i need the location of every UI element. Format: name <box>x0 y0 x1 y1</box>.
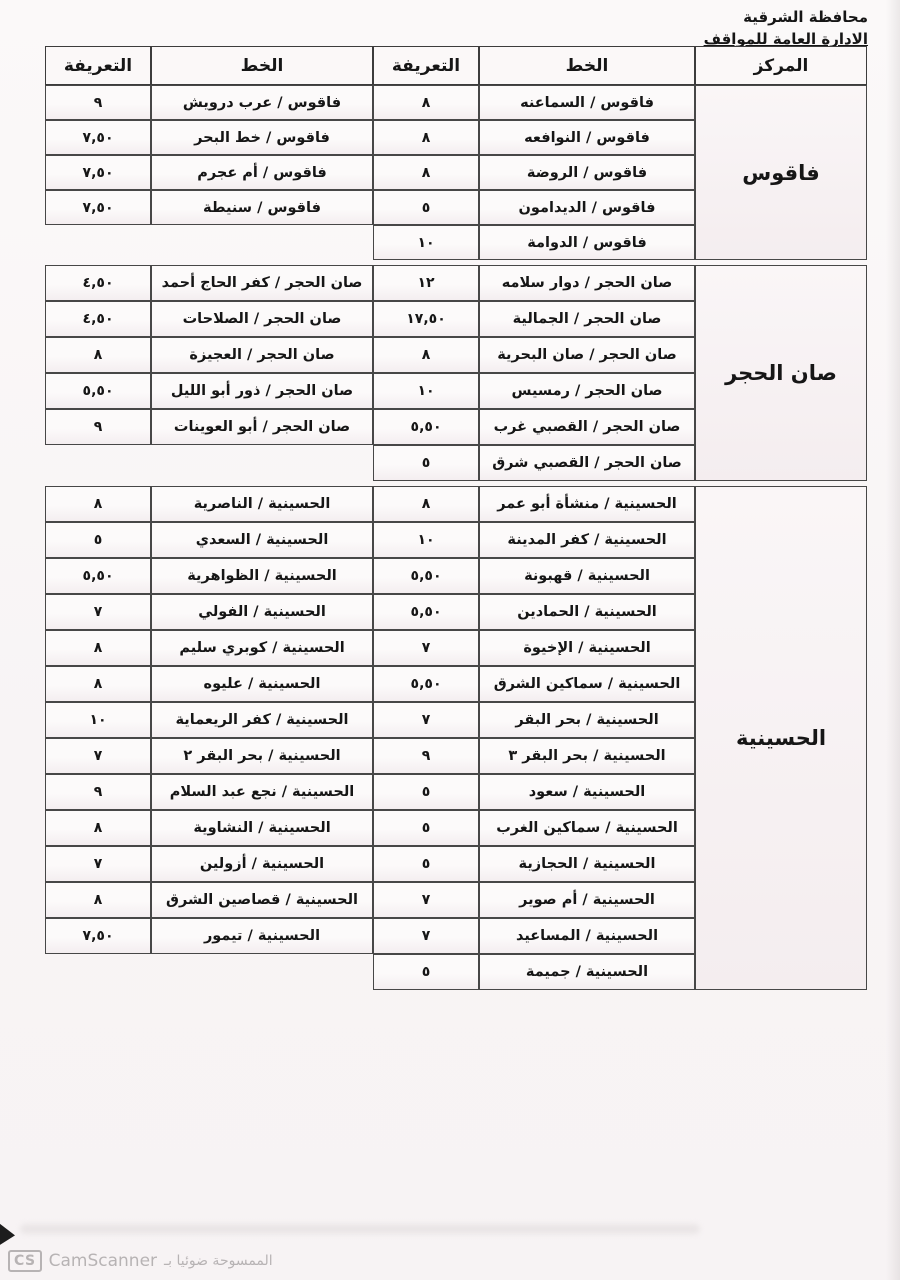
camscanner-arabic-note: الممسوحة ضوئيا بـ <box>164 1253 273 1269</box>
tariff-cell: ٥ <box>373 190 479 225</box>
tariff-cell: ٥ <box>373 846 479 882</box>
route-cell: الحسينية / قصاصين الشرق <box>151 882 373 918</box>
route-cell: فاقوس / الدوامة <box>479 225 695 260</box>
tariff-cell: ٥,٥٠ <box>45 558 151 594</box>
route-cell: صان الحجر / رمسيس <box>479 373 695 409</box>
tariff-cell: ٥ <box>373 810 479 846</box>
tariff-cell: ٧ <box>45 594 151 630</box>
tariff-cell: ٨ <box>373 155 479 190</box>
route-cell: صان الحجر / الصلاحات <box>151 301 373 337</box>
document-header: محافظة الشرقية الادارة العامة للمواقف <box>704 6 868 50</box>
route-cell: الحسينية / الحمادين <box>479 594 695 630</box>
route-cell: الحسينية / السعدي <box>151 522 373 558</box>
tariff-cell: ٨ <box>373 120 479 155</box>
header-line-right: الخط <box>479 46 695 85</box>
route-cell: الحسينية / أزولين <box>151 846 373 882</box>
route-cell: الحسينية / منشأة أبو عمر <box>479 486 695 522</box>
route-cell: الحسينية / قهبونة <box>479 558 695 594</box>
route-cell: صان الحجر / القصبي شرق <box>479 445 695 481</box>
route-cell: الحسينية / سماكين الغرب <box>479 810 695 846</box>
route-cell: الحسينية / بحر البقر ٣ <box>479 738 695 774</box>
tariff-cell: ٧ <box>373 882 479 918</box>
tariff-cell: ٩ <box>45 774 151 810</box>
route-cell: فاقوس / سنيطة <box>151 190 373 225</box>
tariff-cell: ٨ <box>373 486 479 522</box>
group-husseiniya: الحسينيةالحسينية / منشأة أبو عمر٨الحسيني… <box>45 486 867 990</box>
camscanner-logo: CS <box>8 1250 42 1272</box>
tariff-cell: ٧ <box>373 702 479 738</box>
tariff-cell: ٨ <box>45 666 151 702</box>
tariff-cell: ٥ <box>373 774 479 810</box>
route-cell: الحسينية / بحر البقر ٢ <box>151 738 373 774</box>
route-cell: صان الحجر / الجمالية <box>479 301 695 337</box>
route-cell: فاقوس / خط البحر <box>151 120 373 155</box>
tariff-cell: ٩ <box>45 85 151 120</box>
tariff-cell: ٩ <box>45 409 151 445</box>
route-cell: الحسينية / عليوه <box>151 666 373 702</box>
governorate-title: محافظة الشرقية <box>704 6 868 28</box>
tariff-cell: ٧,٥٠ <box>45 190 151 225</box>
tariff-cell: ١٠ <box>373 225 479 260</box>
route-cell: الحسينية / أم صوير <box>479 882 695 918</box>
route-cell: الحسينية / تيمور <box>151 918 373 954</box>
route-cell: صان الحجر / القصبي غرب <box>479 409 695 445</box>
tariff-cell: ٨ <box>45 810 151 846</box>
tariff-cell: ٥,٥٠ <box>373 409 479 445</box>
route-cell: الحسينية / كفر المدينة <box>479 522 695 558</box>
route-cell: الحسينية / بحر البقر <box>479 702 695 738</box>
tariff-cell: ٧ <box>45 738 151 774</box>
tariff-cell: ٨ <box>373 337 479 373</box>
tariff-cell: ٨ <box>45 486 151 522</box>
route-cell: الحسينية / نجع عبد السلام <box>151 774 373 810</box>
header-tariff-left: التعريفة <box>45 46 151 85</box>
route-cell: صان الحجر / دوار سلامه <box>479 265 695 301</box>
tariff-cell: ١٧,٥٠ <box>373 301 479 337</box>
route-cell: فاقوس / أم عجرم <box>151 155 373 190</box>
tariff-cell: ١٠ <box>373 522 479 558</box>
tariff-cell: ٩ <box>373 738 479 774</box>
scan-edge-shadow <box>886 0 900 1280</box>
tariff-cell: ٥,٥٠ <box>373 666 479 702</box>
tariff-cell: ٥,٥٠ <box>373 558 479 594</box>
tariff-cell: ١٠ <box>45 702 151 738</box>
center-cell: صان الحجر <box>695 265 867 481</box>
group-san-elhagar: صان الحجرصان الحجر / دوار سلامه١٢صان الح… <box>45 265 867 481</box>
route-cell: صان الحجر / صان البحرية <box>479 337 695 373</box>
route-cell: فاقوس / الروضة <box>479 155 695 190</box>
camscanner-watermark: CS CamScanner الممسوحة ضوئيا بـ <box>8 1250 273 1272</box>
tariff-cell: ٥,٥٠ <box>45 373 151 409</box>
route-cell: الحسينية / كوبري سليم <box>151 630 373 666</box>
route-cell: الحسينية / الظواهرية <box>151 558 373 594</box>
scan-corner-mark <box>0 1220 15 1248</box>
route-cell: الحسينية / سعود <box>479 774 695 810</box>
scan-bottom-streak <box>20 1224 700 1234</box>
tariff-cell: ٧ <box>373 630 479 666</box>
tariff-cell: ٥ <box>373 445 479 481</box>
tariff-cell: ٨ <box>373 85 479 120</box>
tariff-cell: ٥,٥٠ <box>373 594 479 630</box>
route-cell: صان الحجر / كفر الحاج أحمد <box>151 265 373 301</box>
route-cell: صان الحجر / أبو العوينات <box>151 409 373 445</box>
tariff-cell: ٧ <box>45 846 151 882</box>
route-cell: فاقوس / عرب درويش <box>151 85 373 120</box>
route-cell: صان الحجر / ذور أبو الليل <box>151 373 373 409</box>
route-cell: الحسينية / سماكين الشرق <box>479 666 695 702</box>
tariff-cell: ٧,٥٠ <box>45 918 151 954</box>
route-cell: الحسينية / الفولي <box>151 594 373 630</box>
route-cell: الحسينية / كفر الريعماية <box>151 702 373 738</box>
route-cell: الحسينية / الإخيوة <box>479 630 695 666</box>
header-tariff-right: التعريفة <box>373 46 479 85</box>
route-cell: فاقوس / الديدامون <box>479 190 695 225</box>
tariff-cell: ٥ <box>45 522 151 558</box>
route-cell: فاقوس / النوافعه <box>479 120 695 155</box>
tariff-cell: ٥ <box>373 954 479 990</box>
tariff-cell: ٨ <box>45 882 151 918</box>
center-cell: الحسينية <box>695 486 867 990</box>
header-line-left: الخط <box>151 46 373 85</box>
group-faqous: فاقوسفاقوس / السماعنه٨فاقوس / النوافعه٨ف… <box>45 85 867 260</box>
route-cell: الحسينية / جميمة <box>479 954 695 990</box>
route-cell: الحسينية / الحجازية <box>479 846 695 882</box>
tariff-cell: ٧,٥٠ <box>45 155 151 190</box>
tariff-cell: ٤,٥٠ <box>45 301 151 337</box>
tariff-cell: ١٢ <box>373 265 479 301</box>
tariff-cell: ٨ <box>45 630 151 666</box>
route-cell: الحسينية / الناصرية <box>151 486 373 522</box>
route-cell: صان الحجر / العجيزة <box>151 337 373 373</box>
tariff-cell: ٤,٥٠ <box>45 265 151 301</box>
tariff-cell: ٧ <box>373 918 479 954</box>
table-header-row: المركز الخط التعريفة الخط التعريفة <box>45 46 867 85</box>
route-cell: فاقوس / السماعنه <box>479 85 695 120</box>
route-cell: الحسينية / المساعيد <box>479 918 695 954</box>
header-center: المركز <box>695 46 867 85</box>
tariff-cell: ٨ <box>45 337 151 373</box>
tariff-cell: ٧,٥٠ <box>45 120 151 155</box>
route-cell: الحسينية / النشاوية <box>151 810 373 846</box>
fare-table: المركز الخط التعريفة الخط التعريفة فاقوس… <box>45 46 867 990</box>
camscanner-label: CamScanner <box>49 1251 157 1271</box>
center-cell: فاقوس <box>695 85 867 260</box>
tariff-cell: ١٠ <box>373 373 479 409</box>
